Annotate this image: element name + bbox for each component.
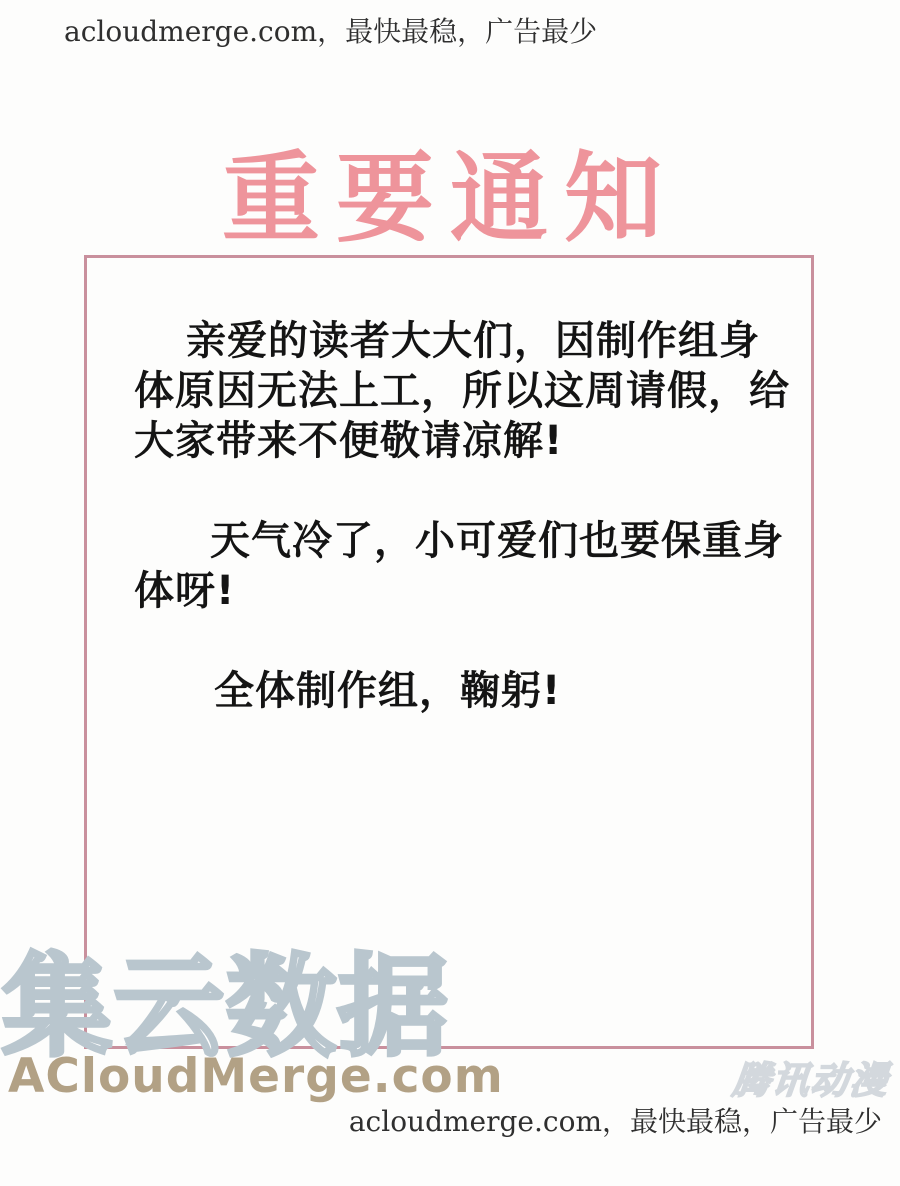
- notice-paragraph-signoff: 全体制作组，鞠躬!: [134, 666, 798, 716]
- watermark-publisher-logo: 腾讯动漫: [731, 1062, 891, 1099]
- notice-title: 重要通知: [0, 120, 900, 261]
- comic-notice-page: acloudmerge.com，最快最稳，广告最少 重要通知 亲爱的读者大大们，…: [0, 0, 900, 1186]
- notice-paragraph-apology: 亲爱的读者大大们，因制作组身体原因无法上工，所以这周请假，给大家带来不便敬请凉解…: [134, 316, 798, 466]
- notice-paragraph-weather: 天气冷了，小可爱们也要保重身体呀!: [134, 516, 798, 616]
- notice-body: 亲爱的读者大大们，因制作组身体原因无法上工，所以这周请假，给大家带来不便敬请凉解…: [134, 316, 798, 716]
- header-site-note: acloudmerge.com，最快最稳，广告最少: [64, 10, 597, 50]
- watermark-site-chinese: 集云数据: [2, 952, 450, 1062]
- footer-site-note: acloudmerge.com，最快最稳，广告最少: [349, 1100, 882, 1140]
- watermark-site-english: ACloudMerge.com: [8, 1053, 504, 1100]
